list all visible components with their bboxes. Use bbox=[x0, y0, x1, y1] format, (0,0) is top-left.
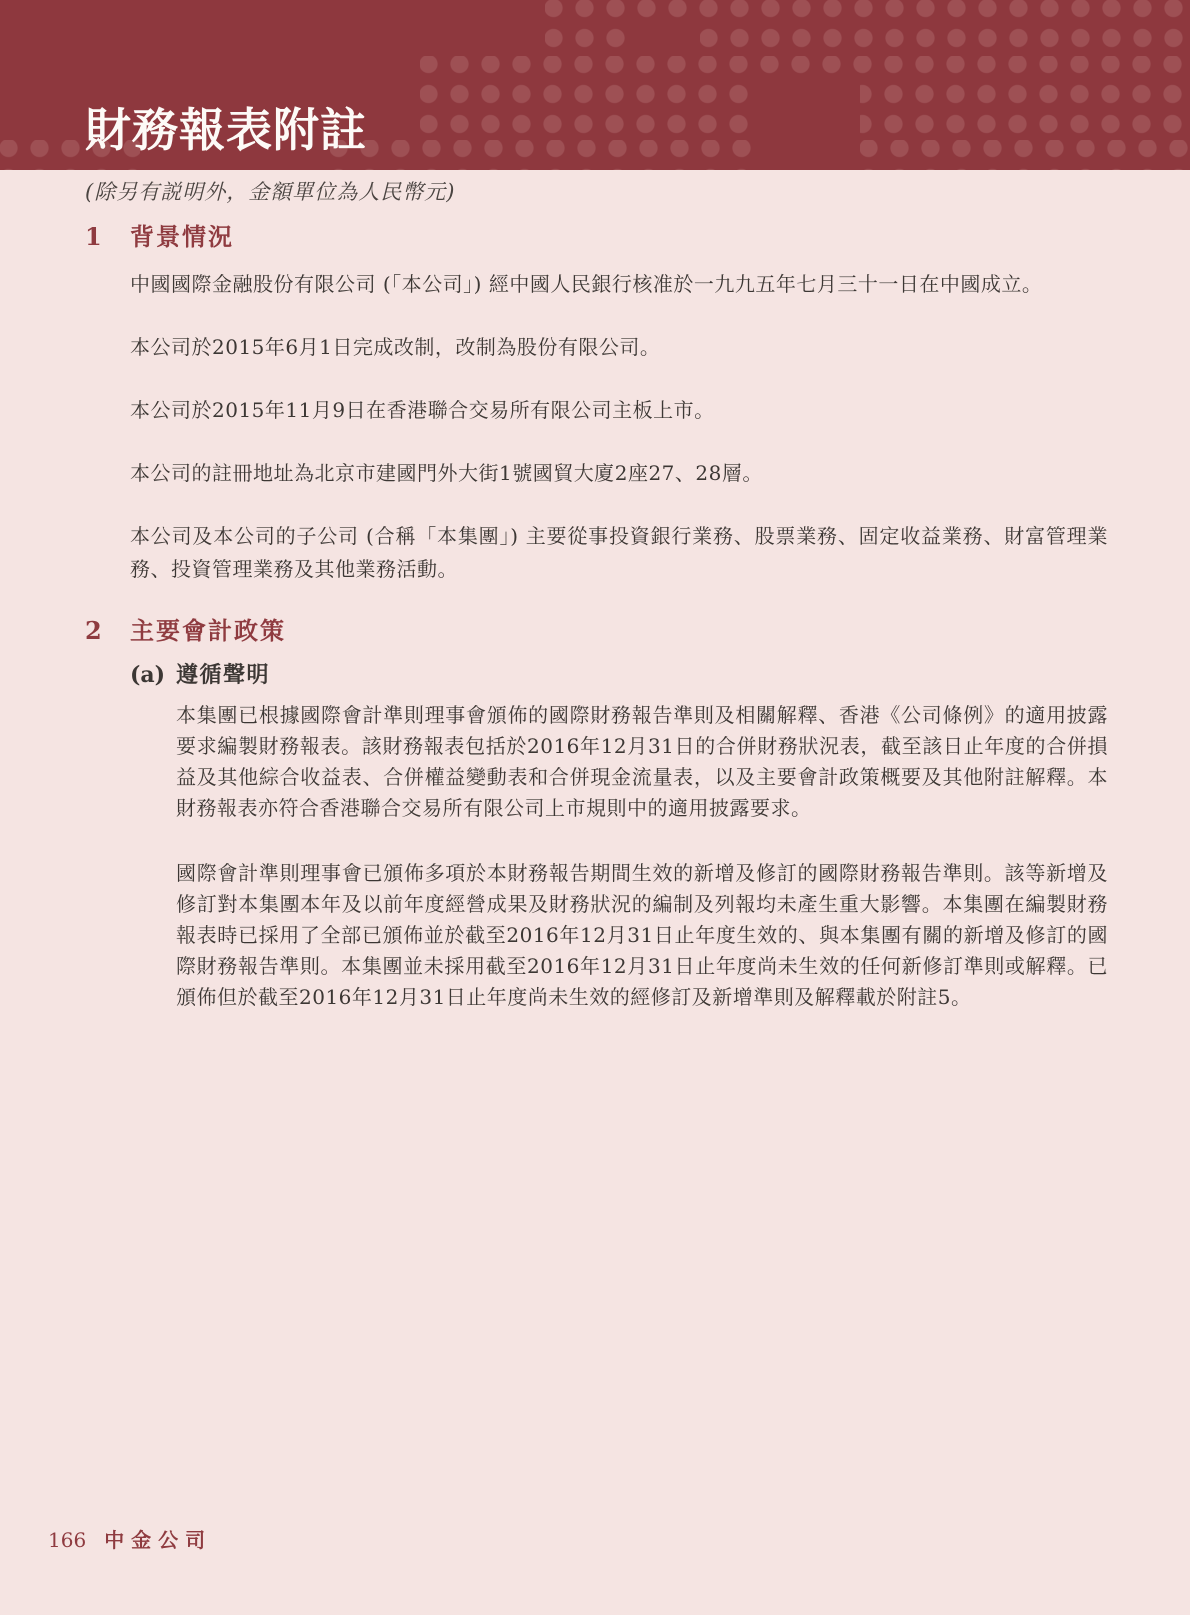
section-number: 2 bbox=[85, 616, 130, 646]
section-number: 1 bbox=[85, 222, 130, 252]
paragraph: 本公司於2015年11月9日在香港聯合交易所有限公司主板上市。 bbox=[130, 394, 1108, 427]
section-background: 1 背景情況 中國國際金融股份有限公司 (「本公司」) 經中國人民銀行核准於一九… bbox=[85, 222, 1108, 586]
page-title: 財務報表附註 bbox=[85, 102, 367, 160]
section-accounting-policies: 2 主要會計政策 (a) 遵循聲明 本集團已根據國際會計準則理事會頒佈的國際財務… bbox=[85, 616, 1108, 1013]
subsection-title: 遵循聲明 bbox=[176, 662, 270, 688]
paragraph: 本公司於2015年6月1日完成改制，改制為股份有限公司。 bbox=[130, 331, 1108, 364]
banner-dots-gap bbox=[630, 28, 700, 56]
paragraph: 本公司的註冊地址為北京市建國門外大街1號國貿大廈2座27、28層。 bbox=[130, 457, 1108, 490]
document-content: 1 背景情況 中國國際金融股份有限公司 (「本公司」) 經中國人民銀行核准於一九… bbox=[85, 222, 1108, 1047]
subsection-heading: (a) 遵循聲明 bbox=[130, 662, 1108, 688]
page-header-banner: 財務報表附註 bbox=[0, 0, 1190, 170]
page-subtitle: (除另有説明外，金額單位為人民幣元) bbox=[85, 176, 455, 206]
subsection-compliance-statement: (a) 遵循聲明 本集團已根據國際會計準則理事會頒佈的國際財務報告準則及相關解釋… bbox=[130, 662, 1108, 1013]
banner-dots-pattern bbox=[860, 140, 1190, 170]
document-page: 財務報表附註 (除另有説明外，金額單位為人民幣元) 1 背景情況 中國國際金融股… bbox=[0, 0, 1190, 1615]
paragraph: 國際會計準則理事會已頒佈多項於本財務報告期間生效的新增及修訂的國際財務報告準則。… bbox=[176, 858, 1108, 1013]
subsection-label: (a) bbox=[130, 662, 176, 688]
section-title: 主要會計政策 bbox=[130, 616, 286, 646]
subsection-body: 本集團已根據國際會計準則理事會頒佈的國際財務報告準則及相關解釋、香港《公司條例》… bbox=[176, 700, 1108, 1013]
banner-dots-gap bbox=[760, 84, 860, 140]
section-title: 背景情況 bbox=[130, 222, 234, 252]
page-footer: 166中金公司 bbox=[48, 1524, 212, 1553]
company-name: 中金公司 bbox=[104, 1528, 212, 1552]
paragraph: 本公司及本公司的子公司 (合稱「本集團」) 主要從事投資銀行業務、股票業務、固定… bbox=[130, 520, 1108, 586]
section-heading: 2 主要會計政策 bbox=[85, 616, 1108, 646]
section-body: (a) 遵循聲明 本集團已根據國際會計準則理事會頒佈的國際財務報告準則及相關解釋… bbox=[130, 662, 1108, 1013]
paragraph: 中國國際金融股份有限公司 (「本公司」) 經中國人民銀行核准於一九九五年七月三十… bbox=[130, 268, 1108, 301]
paragraph: 本集團已根據國際會計準則理事會頒佈的國際財務報告準則及相關解釋、香港《公司條例》… bbox=[176, 700, 1108, 824]
banner-dots-pattern bbox=[330, 140, 760, 170]
page-number: 166 bbox=[48, 1528, 86, 1552]
section-heading: 1 背景情況 bbox=[85, 222, 1108, 252]
section-body: 中國國際金融股份有限公司 (「本公司」) 經中國人民銀行核准於一九九五年七月三十… bbox=[130, 268, 1108, 586]
